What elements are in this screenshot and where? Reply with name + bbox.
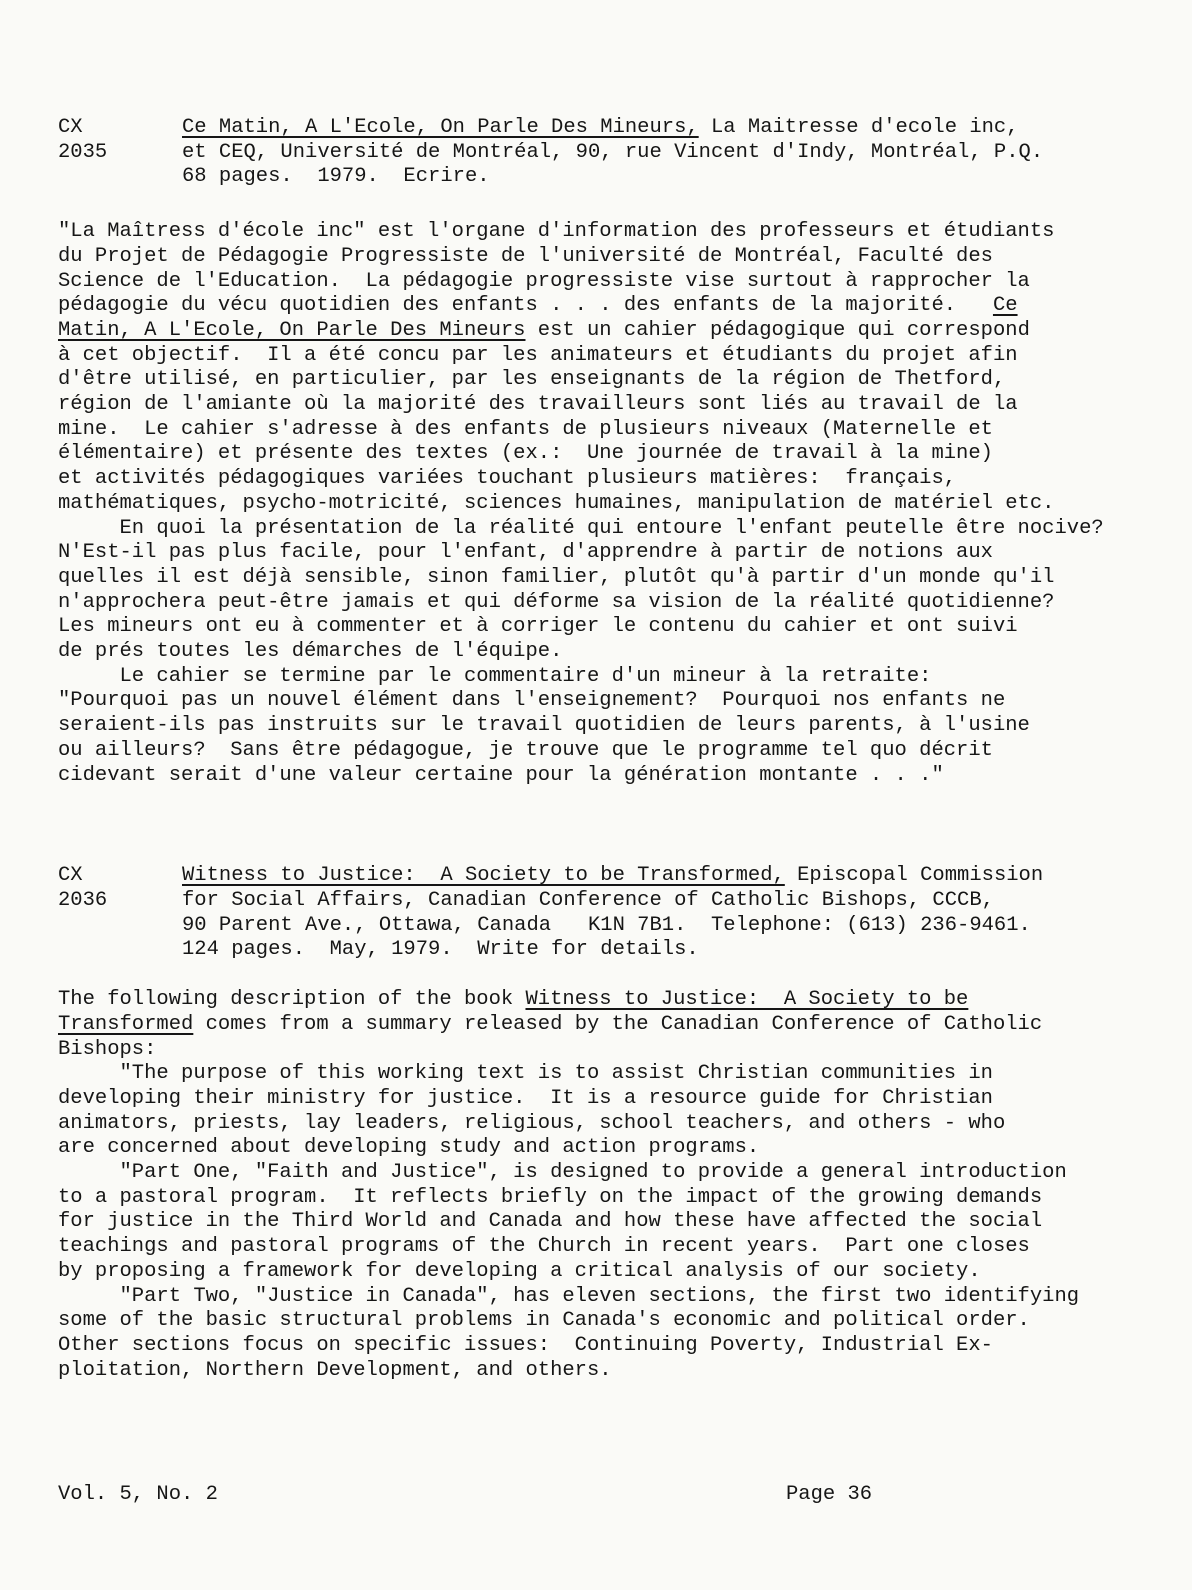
underlined-text: Witness to Justice: A Society to be [525, 988, 968, 1011]
text-segment: some of the basic structural problems in… [58, 1309, 1030, 1332]
text-segment: quelles il est déjà sensible, sinon fami… [58, 566, 1054, 589]
text-segment: mathématiques, psycho-motricité, science… [58, 492, 1054, 515]
text-segment: à cet objectif. Il a été concu par les a… [58, 344, 1018, 367]
text-segment: by proposing a framework for developing … [58, 1260, 981, 1283]
text-line: 68 pages. 1979. Ecrire. [182, 165, 1043, 190]
text-segment: Les mineurs ont eu à commenter et à corr… [58, 615, 1018, 638]
underlined-text: Matin, A L'Ecole, On Parle Des Mineurs [58, 319, 525, 342]
text-segment: Le cahier se termine par le commentaire … [58, 665, 931, 688]
entry-number: 2035 [58, 141, 182, 166]
text-line: "Pourquoi pas un nouvel élément dans l'e… [58, 689, 1156, 714]
text-segment: "La Maîtress d'école inc" est l'organe d… [58, 220, 1054, 243]
entry-code: CX [58, 116, 182, 141]
text-line: à cet objectif. Il a été concu par les a… [58, 344, 1156, 369]
text-segment: The following description of the book [58, 988, 525, 1011]
text-segment: d'être utilisé, en particulier, par les … [58, 368, 1005, 391]
text-line: Other sections focus on specific issues:… [58, 1334, 1156, 1359]
text-line: Witness to Justice: A Society to be Tran… [182, 864, 1043, 889]
document-page: CX 2035 Ce Matin, A L'Ecole, On Parle De… [0, 0, 1192, 1590]
text-segment: région de l'amiante où la majorité des t… [58, 393, 1018, 416]
text-line: n'approchera peut-être jamais et qui déf… [58, 591, 1156, 616]
entry-id-column: CX 2035 [58, 116, 182, 190]
text-line: Ce Matin, A L'Ecole, On Parle Des Mineur… [182, 116, 1043, 141]
text-line: En quoi la présentation de la réalité qu… [58, 517, 1156, 542]
text-line: Science de l'Education. La pédagogie pro… [58, 270, 1156, 295]
text-segment: élémentaire) et présente des textes (ex.… [58, 442, 993, 465]
text-segment: "Part One, "Faith and Justice", is desig… [58, 1161, 1067, 1184]
text-line: Le cahier se termine par le commentaire … [58, 665, 1156, 690]
text-line: mathématiques, psycho-motricité, science… [58, 492, 1156, 517]
text-line: région de l'amiante où la majorité des t… [58, 393, 1156, 418]
entry-code: CX [58, 864, 182, 889]
text-line: ploitation, Northern Development, and ot… [58, 1359, 1156, 1384]
text-line: for justice in the Third World and Canad… [58, 1210, 1156, 1235]
text-segment: Other sections focus on specific issues:… [58, 1334, 993, 1357]
text-segment: for justice in the Third World and Canad… [58, 1210, 1042, 1233]
footer-page-number: Page 36 [786, 1483, 872, 1508]
entry-number: 2036 [58, 889, 182, 914]
underlined-text: Witness to Justice: A Society to be Tran… [182, 864, 785, 887]
text-line: d'être utilisé, en particulier, par les … [58, 368, 1156, 393]
text-line: quelles il est déjà sensible, sinon fami… [58, 566, 1156, 591]
catalog-entry: CX 2035 Ce Matin, A L'Ecole, On Parle De… [58, 116, 1156, 788]
text-segment: du Projet de Pédagogie Progressiste de l… [58, 245, 993, 268]
text-segment: La Maitresse d'ecole inc, [699, 116, 1019, 139]
text-line: mine. Le cahier s'adresse à des enfants … [58, 418, 1156, 443]
text-line: "La Maîtress d'école inc" est l'organe d… [58, 220, 1156, 245]
entry-title: Witness to Justice: A Society to be Tran… [182, 864, 1043, 963]
text-segment: ploitation, Northern Development, and ot… [58, 1359, 612, 1382]
text-line: Transformed comes from a summary release… [58, 1013, 1156, 1038]
text-line: are concerned about developing study and… [58, 1136, 1156, 1161]
text-segment: to a pastoral program. It reflects brief… [58, 1186, 1042, 1209]
text-segment: teachings and pastoral programs of the C… [58, 1235, 1030, 1258]
text-line: et activités pédagogiques variées toucha… [58, 467, 1156, 492]
text-line: The following description of the book Wi… [58, 988, 1156, 1013]
text-segment: cidevant serait d'une valeur certaine po… [58, 764, 944, 787]
text-line: "Part Two, "Justice in Canada", has elev… [58, 1285, 1156, 1310]
text-segment: Science de l'Education. La pédagogie pro… [58, 270, 1030, 293]
text-line: pédagogie du vécu quotidien des enfants … [58, 294, 1156, 319]
text-segment: et CEQ, Université de Montréal, 90, rue … [182, 141, 1043, 164]
text-segment: ou ailleurs? Sans être pédagogue, je tro… [58, 739, 993, 762]
footer-volume: Vol. 5, No. 2 [58, 1483, 218, 1506]
text-segment: "The purpose of this working text is to … [58, 1062, 993, 1085]
page-footer: Vol. 5, No. 2 Page 36 [58, 1483, 1156, 1508]
text-segment: pédagogie du vécu quotidien des enfants … [58, 294, 993, 317]
text-line: élémentaire) et présente des textes (ex.… [58, 442, 1156, 467]
underlined-text: Ce Matin, A L'Ecole, On Parle Des Mineur… [182, 116, 699, 139]
underlined-text: Transformed [58, 1013, 193, 1036]
text-line: N'Est-il pas plus facile, pour l'enfant,… [58, 541, 1156, 566]
entry-description: "La Maîtress d'école inc" est l'organe d… [58, 220, 1156, 788]
text-segment: de prés toutes les démarches de l'équipe… [58, 640, 562, 663]
text-line: 90 Parent Ave., Ottawa, Canada K1N 7B1. … [182, 914, 1043, 939]
entry-id-column: CX 2036 [58, 864, 182, 963]
underlined-text: Ce [993, 294, 1018, 317]
entry-description: The following description of the book Wi… [58, 988, 1156, 1383]
text-line: animators, priests, lay leaders, religio… [58, 1112, 1156, 1137]
entry-title: Ce Matin, A L'Ecole, On Parle Des Mineur… [182, 116, 1043, 190]
text-line: "Part One, "Faith and Justice", is desig… [58, 1161, 1156, 1186]
text-segment: 68 pages. 1979. Ecrire. [182, 165, 490, 188]
text-line: teachings and pastoral programs of the C… [58, 1235, 1156, 1260]
text-segment: 124 pages. May, 1979. Write for details. [182, 938, 699, 961]
text-segment: 90 Parent Ave., Ottawa, Canada K1N 7B1. … [182, 914, 1031, 937]
text-line: du Projet de Pédagogie Progressiste de l… [58, 245, 1156, 270]
text-line: by proposing a framework for developing … [58, 1260, 1156, 1285]
text-segment: N'Est-il pas plus facile, pour l'enfant,… [58, 541, 993, 564]
text-line: Matin, A L'Ecole, On Parle Des Mineurs e… [58, 319, 1156, 344]
text-line: Les mineurs ont eu à commenter et à corr… [58, 615, 1156, 640]
text-segment: "Pourquoi pas un nouvel élément dans l'e… [58, 689, 1005, 712]
text-segment: n'approchera peut-être jamais et qui déf… [58, 591, 1054, 614]
text-segment: "Part Two, "Justice in Canada", has elev… [58, 1285, 1079, 1308]
text-line: to a pastoral program. It reflects brief… [58, 1186, 1156, 1211]
text-line: seraient-ils pas instruits sur le travai… [58, 714, 1156, 739]
text-segment: seraient-ils pas instruits sur le travai… [58, 714, 1030, 737]
text-line: cidevant serait d'une valeur certaine po… [58, 764, 1156, 789]
text-line: ou ailleurs? Sans être pédagogue, je tro… [58, 739, 1156, 764]
text-line: for Social Affairs, Canadian Conference … [182, 889, 1043, 914]
text-segment: Episcopal Commission [785, 864, 1043, 887]
text-segment: are concerned about developing study and… [58, 1136, 759, 1159]
entry-heading: CX 2036 Witness to Justice: A Society to… [58, 864, 1156, 963]
text-segment: mine. Le cahier s'adresse à des enfants … [58, 418, 993, 441]
text-segment: et activités pédagogiques variées toucha… [58, 467, 956, 490]
text-segment: developing their ministry for justice. I… [58, 1087, 993, 1110]
text-line: 124 pages. May, 1979. Write for details. [182, 938, 1043, 963]
entry-heading: CX 2035 Ce Matin, A L'Ecole, On Parle De… [58, 116, 1156, 190]
text-line: some of the basic structural problems in… [58, 1309, 1156, 1334]
text-line: developing their ministry for justice. I… [58, 1087, 1156, 1112]
text-segment: for Social Affairs, Canadian Conference … [182, 889, 994, 912]
text-segment: En quoi la présentation de la réalité qu… [58, 517, 1104, 540]
text-segment: animators, priests, lay leaders, religio… [58, 1112, 1005, 1135]
text-segment: comes from a summary released by the Can… [193, 1013, 1042, 1036]
text-segment: est un cahier pédagogique qui correspond [525, 319, 1029, 342]
text-line: "The purpose of this working text is to … [58, 1062, 1156, 1087]
catalog-entry: CX 2036 Witness to Justice: A Society to… [58, 864, 1156, 1383]
text-line: Bishops: [58, 1038, 1156, 1063]
text-segment: Bishops: [58, 1038, 156, 1061]
text-line: et CEQ, Université de Montréal, 90, rue … [182, 141, 1043, 166]
text-line: de prés toutes les démarches de l'équipe… [58, 640, 1156, 665]
